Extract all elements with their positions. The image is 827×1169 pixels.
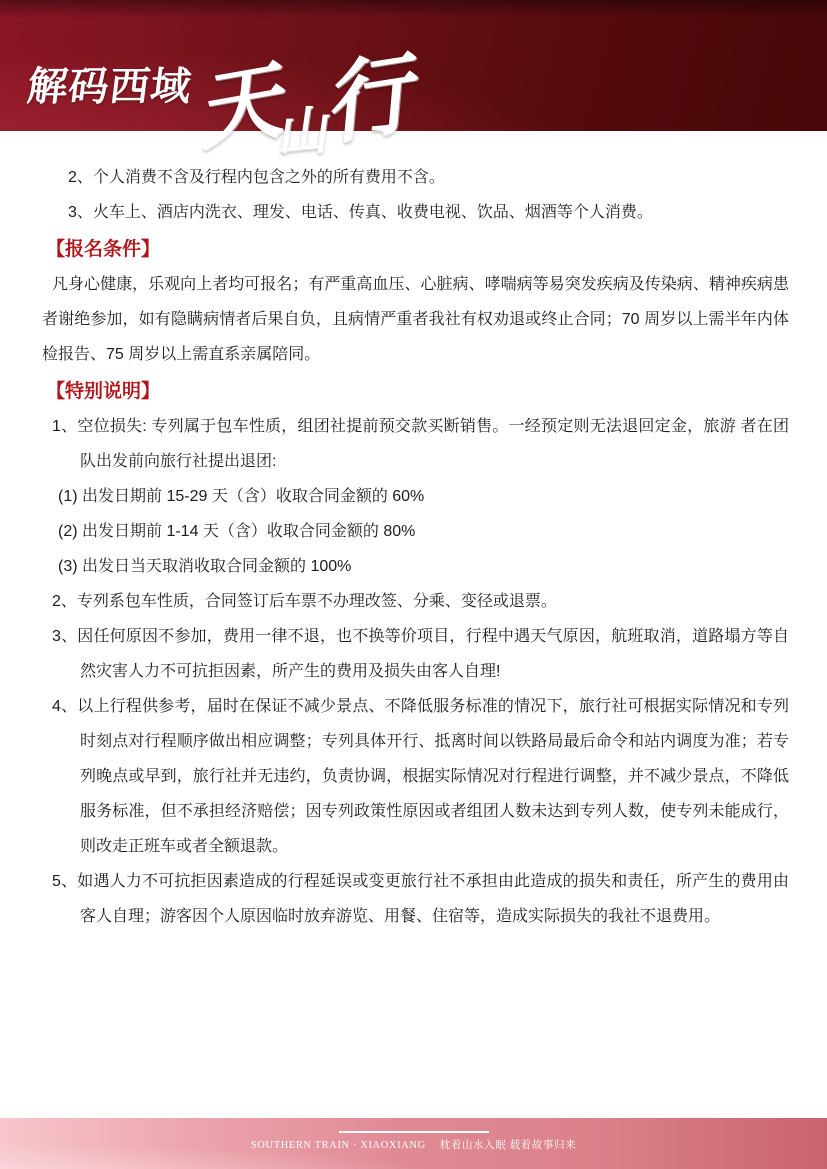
list-item: 1、空位损失: 专列属于包车性质，组团社提前预交款买断销售。一经预定则无法退回定…: [52, 409, 789, 479]
sub-list-item: (2) 出发日期前 1-14 天（含）收取合同金额的 80%: [58, 514, 787, 549]
logo-main-text: 解码西域: [25, 55, 196, 112]
signup-conditions-paragraph: 凡身心健康，乐观向上者均可报名；有严重高血压、心脏病、哮喘病等易突发疾病及传染病…: [42, 267, 789, 372]
footer-tagline-cn: 枕着山水入眠 载着故事归来: [440, 1140, 576, 1151]
list-item: 3、火车上、酒店内洗衣、理发、电话、传真、收费电视、饮品、烟酒等个人消费。: [68, 195, 787, 230]
section-heading-special-notes: 【特别说明】: [46, 374, 827, 409]
sub-list-item: (3) 出发日当天取消收取合同金额的 100%: [58, 549, 787, 584]
list-item: 2、专列系包车性质，合同签订后车票不办理改签、分乘、变径或退票。: [52, 584, 789, 619]
footer-bar: SOUTHERN TRAIN · XIAOXIANG枕着山水入眠 载着故事归来: [0, 1118, 827, 1169]
document-page: 解码西域天山行 2、个人消费不含及行程内包含之外的所有费用不含。 3、火车上、酒…: [0, 0, 827, 1169]
footer-tagline-en: SOUTHERN TRAIN · XIAOXIANG: [251, 1140, 426, 1151]
document-body: 2、个人消费不含及行程内包含之外的所有费用不含。 3、火车上、酒店内洗衣、理发、…: [0, 131, 827, 934]
footer-tagline: SOUTHERN TRAIN · XIAOXIANG枕着山水入眠 载着故事归来: [0, 1137, 827, 1152]
header-banner: 解码西域天山行: [0, 0, 827, 131]
list-item: 2、个人消费不含及行程内包含之外的所有费用不含。: [68, 160, 787, 195]
list-item: 4、以上行程供参考，届时在保证不减少景点、不降低服务标准的情况下，旅行社可根据实…: [52, 689, 789, 864]
list-item: 3、因任何原因不参加，费用一律不退，也不换等价项目，行程中遇天气原因，航班取消，…: [52, 619, 789, 689]
list-item: 5、如遇人力不可抗拒因素造成的行程延误或变更旅行社不承担由此造成的损失和责任，所…: [52, 864, 789, 934]
footer-divider-line: [339, 1131, 489, 1133]
sub-list-item: (1) 出发日期前 15-29 天（含）收取合同金额的 60%: [58, 479, 787, 514]
section-heading-signup-conditions: 【报名条件】: [46, 232, 827, 267]
